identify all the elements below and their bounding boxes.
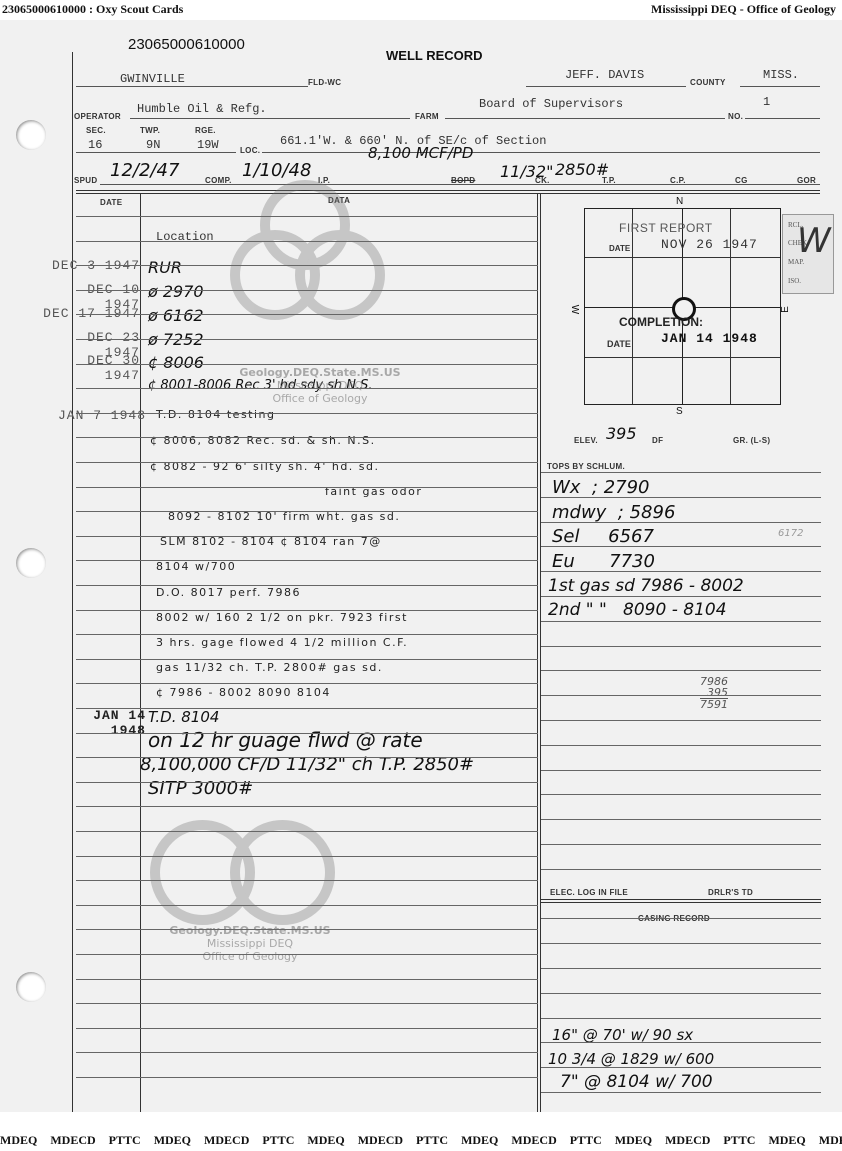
ruled-line bbox=[76, 1003, 538, 1004]
ruled-line bbox=[76, 856, 538, 857]
loc-label: LOC. bbox=[240, 146, 260, 155]
watermark-text: Geology.DEQ.State.MS.USMississippi DEQOf… bbox=[220, 366, 420, 405]
plat-west: W bbox=[569, 305, 580, 314]
footer-word: PTTC bbox=[570, 1133, 602, 1147]
footer-word: PTTC bbox=[109, 1133, 141, 1147]
location-plat: FIRST REPORT DATE NOV 26 1947 COMPLETION… bbox=[584, 208, 781, 405]
ruled-line bbox=[76, 634, 538, 635]
elec-log-label: ELEC. LOG IN FILE bbox=[550, 888, 628, 897]
ruled-line bbox=[541, 993, 821, 994]
ruled-line bbox=[541, 670, 821, 671]
elevation-calculation: 7986 395 7591 bbox=[700, 676, 728, 710]
form-title: WELL RECORD bbox=[386, 48, 483, 63]
ruled-line bbox=[76, 585, 538, 586]
ruled-line bbox=[76, 954, 538, 955]
footer-word: MDEQ bbox=[615, 1133, 652, 1147]
ruled-line bbox=[76, 314, 538, 315]
ruled-line bbox=[76, 413, 538, 414]
ruled-line bbox=[76, 929, 538, 930]
ruled-line bbox=[76, 241, 538, 242]
ruled-line bbox=[541, 1067, 821, 1068]
footer-word: MDEQ bbox=[154, 1133, 191, 1147]
tp-value: 2850# bbox=[555, 160, 609, 179]
completion-date: JAN 14 1948 bbox=[661, 331, 758, 346]
ruled-line bbox=[541, 720, 821, 721]
elev-value: 395 bbox=[606, 424, 637, 443]
ruled-line bbox=[541, 968, 821, 969]
page-header: 23065000610000 : Oxy Scout Cards Mississ… bbox=[0, 0, 842, 18]
mdeq-logo-watermark bbox=[230, 180, 400, 330]
ruled-line bbox=[76, 290, 538, 291]
ruled-line bbox=[76, 437, 538, 438]
ruled-line bbox=[76, 659, 538, 660]
footer-word: PTTC bbox=[416, 1133, 448, 1147]
formation-top: Wx ; 2790 bbox=[552, 477, 650, 498]
punch-hole bbox=[16, 548, 46, 578]
rge-value: 19W bbox=[197, 138, 219, 152]
ruled-line bbox=[76, 1028, 538, 1029]
ruled-line bbox=[541, 546, 821, 547]
ruled-line bbox=[76, 610, 538, 611]
punch-hole bbox=[16, 120, 46, 150]
well-record-card: 23065000610000 WELL RECORD GWINVILLE FLD… bbox=[0, 20, 842, 1112]
operator-value: Humble Oil & Refg. bbox=[137, 102, 267, 116]
ruled-line bbox=[541, 745, 821, 746]
state-value: MISS. bbox=[763, 68, 799, 82]
initials-signature: W bbox=[797, 221, 831, 261]
ruled-line bbox=[541, 1018, 821, 1019]
ruled-line bbox=[76, 880, 538, 881]
footer-word: MDEQ bbox=[307, 1133, 344, 1147]
ruled-line bbox=[541, 844, 821, 845]
gr-label: GR. (L-S) bbox=[733, 436, 770, 445]
twp-value: 9N bbox=[146, 138, 160, 152]
ruled-line bbox=[76, 1052, 538, 1053]
tops-label: TOPS BY SCHLUM. bbox=[547, 462, 625, 471]
farm-label: FARM bbox=[415, 112, 439, 121]
footer-word: MDECD bbox=[204, 1133, 249, 1147]
footer-word: PTTC bbox=[723, 1133, 755, 1147]
ruled-line bbox=[541, 621, 821, 622]
formation-top: Eu 7730 bbox=[552, 551, 655, 572]
ruled-line bbox=[541, 571, 821, 572]
ruled-line bbox=[541, 943, 821, 944]
formation-top: 2nd " " 8090 - 8104 bbox=[548, 600, 727, 620]
ruled-line bbox=[541, 770, 821, 771]
ruled-line bbox=[76, 536, 538, 537]
ruled-line bbox=[541, 869, 821, 870]
twp-label: TWP. bbox=[140, 126, 160, 135]
ruled-line bbox=[541, 1092, 821, 1093]
ruled-line bbox=[76, 511, 538, 512]
ruled-line bbox=[541, 695, 821, 696]
ruled-line bbox=[541, 596, 821, 597]
footer-word: MDEQ bbox=[0, 1133, 37, 1147]
ruled-line bbox=[541, 497, 821, 498]
ruled-line bbox=[76, 757, 538, 758]
date-column-header: DATE bbox=[100, 198, 122, 207]
field-value: GWINVILLE bbox=[120, 72, 185, 86]
page-footer: MDEQMDECDPTTCMDEQMDECDPTTCMDEQMDECDPTTCM… bbox=[0, 1133, 842, 1148]
operator-label: OPERATOR bbox=[74, 112, 121, 121]
footer-word: MDECD bbox=[511, 1133, 556, 1147]
plat-south: S bbox=[676, 406, 683, 417]
api-number: 23065000610000 bbox=[128, 36, 245, 53]
ruled-line bbox=[76, 265, 538, 266]
formation-top: mdwy ; 5896 bbox=[552, 502, 675, 523]
farm-value: Board of Supervisors bbox=[479, 97, 623, 111]
ruled-line bbox=[541, 522, 821, 523]
ruled-line bbox=[76, 388, 538, 389]
comp-value: 1/10/48 bbox=[242, 160, 311, 181]
footer-word: PTTC bbox=[262, 1133, 294, 1147]
well-number: 1 bbox=[763, 95, 770, 109]
agency-title: Mississippi DEQ - Office of Geology bbox=[651, 2, 836, 17]
footer-word: MDECD bbox=[358, 1133, 403, 1147]
ruled-line bbox=[541, 1042, 821, 1043]
footer-word: MDEQ bbox=[768, 1133, 805, 1147]
document-id-title: 23065000610000 : Oxy Scout Cards bbox=[2, 2, 183, 17]
df-label: DF bbox=[652, 436, 663, 445]
footer-word: MDEQ bbox=[461, 1133, 498, 1147]
ruled-line bbox=[541, 646, 821, 647]
ruled-line bbox=[76, 733, 538, 734]
ruled-line bbox=[76, 782, 538, 783]
card-border bbox=[72, 52, 73, 1112]
ruled-line bbox=[76, 979, 538, 980]
number-label: NO. bbox=[728, 112, 743, 121]
spud-label: SPUD bbox=[74, 176, 97, 185]
mdeq-logo-watermark bbox=[150, 790, 350, 930]
field-label: FLD-WC bbox=[308, 78, 341, 87]
ruled-line bbox=[76, 806, 538, 807]
ruled-line bbox=[76, 560, 538, 561]
spud-value: 12/2/47 bbox=[110, 160, 179, 181]
sec-label: SEC. bbox=[86, 126, 106, 135]
elev-label: ELEV. bbox=[574, 436, 598, 445]
ruled-line bbox=[541, 794, 821, 795]
sec-value: 16 bbox=[88, 138, 102, 152]
county-label: COUNTY bbox=[690, 78, 726, 87]
tops-side-note: 6172 bbox=[778, 528, 803, 539]
first-report-date: NOV 26 1947 bbox=[661, 237, 758, 252]
county-value: JEFF. DAVIS bbox=[565, 68, 644, 82]
footer-word: MDECD bbox=[819, 1133, 842, 1147]
ruled-line bbox=[76, 708, 538, 709]
formation-top: 1st gas sd 7986 - 8002 bbox=[548, 576, 744, 596]
footer-word: MDECD bbox=[50, 1133, 95, 1147]
plat-east: E bbox=[780, 306, 791, 313]
ip-value: 8,100 MCF/PD bbox=[368, 144, 473, 162]
plat-north: N bbox=[676, 196, 683, 207]
ruled-line bbox=[76, 1077, 538, 1078]
formation-top: Sel 6567 bbox=[552, 526, 654, 547]
drillers-td-label: DRLR'S TD bbox=[708, 888, 753, 897]
ruled-line bbox=[76, 462, 538, 463]
ruled-line bbox=[76, 216, 538, 217]
casing-item: 7" @ 8104 w/ 700 bbox=[560, 1072, 713, 1092]
ruled-line bbox=[541, 472, 821, 473]
ruled-line bbox=[76, 683, 538, 684]
rge-label: RGE. bbox=[195, 126, 216, 135]
punch-hole bbox=[16, 972, 46, 1002]
ruled-line bbox=[76, 364, 538, 365]
casing-item: 10 3/4 @ 1829 w/ 600 bbox=[548, 1050, 714, 1068]
ruled-line bbox=[76, 487, 538, 488]
ruled-line bbox=[541, 918, 821, 919]
check-stamp: RCL. CHEK. MAP. ISO. W bbox=[782, 214, 834, 294]
ruled-line bbox=[76, 905, 538, 906]
ruled-line bbox=[76, 831, 538, 832]
ruled-line bbox=[76, 339, 538, 340]
footer-word: MDECD bbox=[665, 1133, 710, 1147]
ruled-line bbox=[541, 819, 821, 820]
